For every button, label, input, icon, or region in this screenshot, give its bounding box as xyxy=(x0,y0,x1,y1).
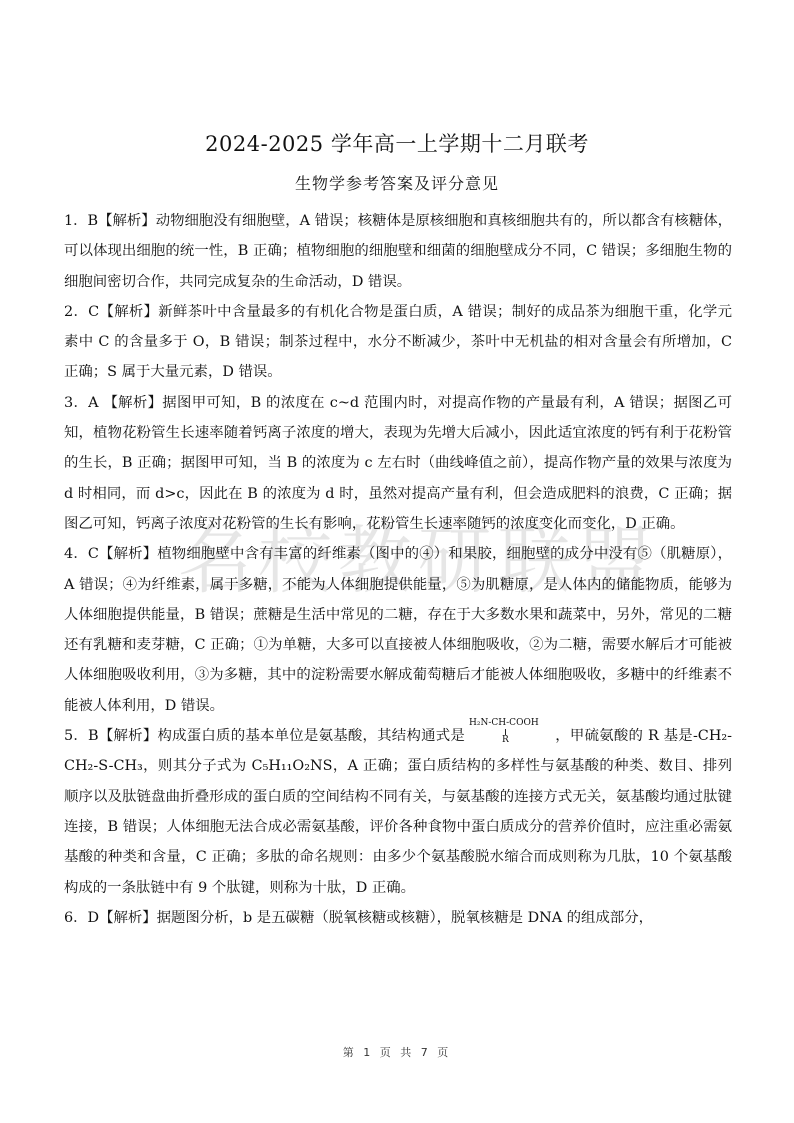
answer-item-4: 4．C【解析】植物细胞壁中含有丰富的纤维素（图中的④）和果胶，细胞壁的成分中没有… xyxy=(64,539,732,721)
document-subtitle: 生物学参考答案及评分意见 xyxy=(0,171,794,194)
page-number-footer: 第 1 页 共 7 页 xyxy=(0,1044,794,1060)
answer-5-text-before: 5．B【解析】构成蛋白质的基本单位是氨基酸，其结构通式是 xyxy=(64,728,465,744)
formula-top-chain: H₂N-CH-COOH xyxy=(469,718,539,728)
document-title: 2024-2025 学年高一上学期十二月联考 xyxy=(0,128,794,158)
answer-item-5: 5．B【解析】构成蛋白质的基本单位是氨基酸，其结构通式是H₂N-CH-COOHR… xyxy=(64,721,732,903)
document-page: 名校教研联盟 2024-2025 学年高一上学期十二月联考 生物学参考答案及评分… xyxy=(0,0,794,1123)
answer-item-6: 6．D【解析】据题图分析，b 是五碳糖（脱氧核糖或核糖），脱氧核糖是 DNA 的… xyxy=(64,903,732,933)
answer-5-text-after: ，甲硫氨酸的 R 基是-CH₂-CH₂-S-CH₃，则其分子式为 C₅H₁₁O₂… xyxy=(64,728,732,895)
amino-acid-formula: H₂N-CH-COOHR xyxy=(469,726,551,746)
answer-item-2: 2．C【解析】新鲜茶叶中含量最多的有机化合物是蛋白质，A 错误；制好的成品茶为细… xyxy=(64,297,732,388)
answer-list: 1．B【解析】动物细胞没有细胞壁，A 错误；核糖体是原核细胞和真核细胞共有的，所… xyxy=(64,206,732,933)
answer-item-1: 1．B【解析】动物细胞没有细胞壁，A 错误；核糖体是原核细胞和真核细胞共有的，所… xyxy=(64,206,732,297)
answer-item-3: 3．A 【解析】据图甲可知，B 的浓度在 c~d 范围内时，对提高作物的产量最有… xyxy=(64,388,732,539)
formula-r-group: R xyxy=(502,735,509,745)
